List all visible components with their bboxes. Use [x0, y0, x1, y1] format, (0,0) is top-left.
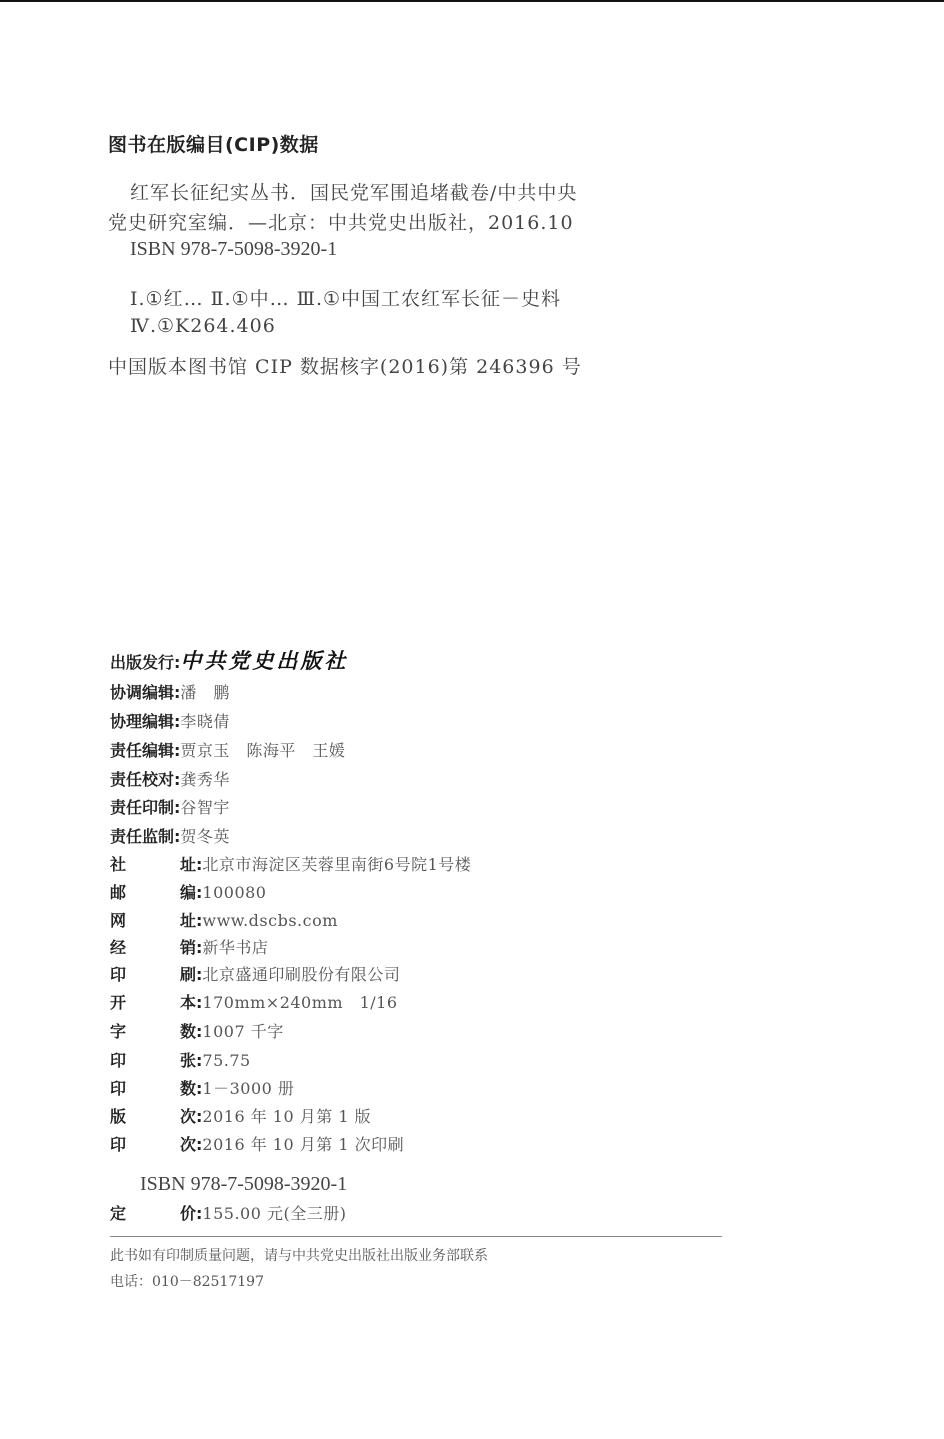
- detail-label: 印次: [110, 1135, 196, 1155]
- credit-value: 李晓倩: [180, 712, 230, 732]
- detail-value: 北京市海淀区芙蓉里南街6号院1号楼: [202, 855, 471, 875]
- credit-row: 协调编辑: 潘 鹏: [110, 683, 230, 703]
- credit-label: 责任印制: [110, 798, 174, 818]
- credit-value: 贾京玉 陈海平 王媛: [180, 741, 345, 761]
- cip-publisher-line: 党史研究室编．—北京：中共党史出版社，2016.10: [108, 208, 574, 235]
- publisher-logo-text: 中共党史出版社: [180, 651, 348, 671]
- detail-row-edition: 版次: 2016 年 10 月第 1 版: [110, 1107, 371, 1127]
- detail-label: 经销: [110, 938, 196, 958]
- credit-value: 谷智宇: [180, 798, 230, 818]
- detail-label: 印数: [110, 1079, 196, 1099]
- credit-row: 责任印制: 谷智宇: [110, 798, 230, 818]
- credit-label: 出版发行: [110, 653, 174, 673]
- detail-value: 1007 千字: [202, 1022, 283, 1042]
- detail-label: 字数: [110, 1022, 196, 1042]
- cip-catalog-number: 中国版本图书馆 CIP 数据核字(2016)第 246396 号: [108, 352, 582, 379]
- detail-value: 100080: [202, 883, 266, 903]
- quality-notice: 此书如有印制质量问题，请与中共党史出版社出版业务部联系: [110, 1245, 488, 1265]
- footer-divider: [110, 1236, 722, 1237]
- detail-label: 印刷: [110, 965, 196, 985]
- credit-value: 贺冬英: [180, 827, 230, 847]
- detail-value: 2016 年 10 月第 1 次印刷: [202, 1135, 404, 1155]
- price-row: 定价: 155.00 元(全三册): [110, 1204, 346, 1224]
- credit-row: 责任校对: 龚秀华: [110, 770, 230, 790]
- cip-subject-line: Ⅰ.①红… Ⅱ.①中… Ⅲ.①中国工农红军长征－史料: [130, 284, 561, 311]
- cip-book-title-line: 红军长征纪实丛书．国民党军围追堵截卷/中共中央: [130, 178, 577, 205]
- cip-isbn: ISBN 978-7-5098-3920-1: [130, 238, 337, 261]
- detail-row-impression: 印次: 2016 年 10 月第 1 次印刷: [110, 1135, 404, 1155]
- detail-row-sheets: 印张: 75.75: [110, 1051, 251, 1071]
- credit-row: 责任监制: 贺冬英: [110, 827, 230, 847]
- cip-classification-line: Ⅳ.①K264.406: [130, 315, 276, 337]
- credit-row: 责任编辑: 贾京玉 陈海平 王媛: [110, 741, 345, 761]
- credit-label: 协理编辑: [110, 712, 174, 732]
- credit-value: 龚秀华: [180, 770, 230, 790]
- credit-label: 协调编辑: [110, 683, 174, 703]
- detail-value: www.dscbs.com: [202, 911, 338, 931]
- cip-title: 图书在版编目(CIP)数据: [108, 130, 319, 157]
- credit-row-publisher: 出版发行: 中共党史出版社: [110, 651, 348, 673]
- isbn-number: ISBN 978-7-5098-3920-1: [140, 1173, 347, 1196]
- detail-row-address: 社址: 北京市海淀区芙蓉里南街6号院1号楼: [110, 855, 471, 875]
- credit-label: 责任编辑: [110, 741, 174, 761]
- detail-row-format: 开本: 170mm×240mm 1/16: [110, 993, 398, 1013]
- detail-row-postcode: 邮编: 100080: [110, 883, 266, 903]
- detail-value: 170mm×240mm 1/16: [202, 993, 397, 1013]
- detail-value: 75.75: [202, 1051, 250, 1071]
- price-value: 155.00 元(全三册): [202, 1204, 346, 1224]
- detail-value: 新华书店: [202, 938, 268, 958]
- detail-label: 邮编: [110, 883, 196, 903]
- detail-label: 开本: [110, 993, 196, 1013]
- detail-label: 社址: [110, 855, 196, 875]
- contact-phone: 电话：010－82517197: [110, 1271, 264, 1291]
- detail-row-wordcount: 字数: 1007 千字: [110, 1022, 284, 1042]
- credit-label: 责任监制: [110, 827, 174, 847]
- credit-label: 责任校对: [110, 770, 174, 790]
- detail-row-distributor: 经销: 新华书店: [110, 938, 268, 958]
- detail-label: 印张: [110, 1051, 196, 1071]
- detail-row-print-run: 印数: 1－3000 册: [110, 1079, 294, 1099]
- credit-row: 协理编辑: 李晓倩: [110, 712, 230, 732]
- detail-value: 1－3000 册: [202, 1079, 294, 1099]
- price-label: 定价: [110, 1204, 196, 1224]
- detail-label: 网址: [110, 911, 196, 931]
- credit-value: 潘 鹏: [180, 683, 230, 703]
- detail-row-website: 网址: www.dscbs.com: [110, 911, 338, 931]
- detail-value: 2016 年 10 月第 1 版: [202, 1107, 371, 1127]
- detail-label: 版次: [110, 1107, 196, 1127]
- detail-row-printer: 印刷: 北京盛通印刷股份有限公司: [110, 965, 400, 985]
- detail-value: 北京盛通印刷股份有限公司: [202, 965, 400, 985]
